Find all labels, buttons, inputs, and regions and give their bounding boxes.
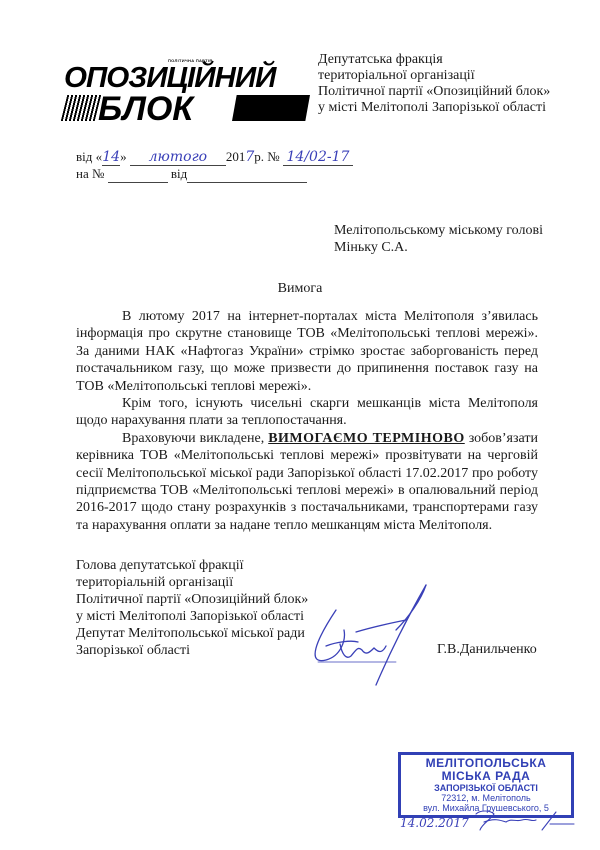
signer-title-line: у місті Мелітополі Запорізької області (76, 608, 308, 625)
org-line: територіальної організації (318, 68, 550, 84)
stamp-line: 72312, м. Мелітополь (402, 793, 570, 803)
year-digit: 7 (245, 149, 254, 165)
close-quote: » (120, 149, 127, 164)
org-line: у місті Мелітополі Запорізької області (318, 100, 550, 116)
stamp-line: ЗАПОРІЗЬКОЇ ОБЛАСТІ (402, 783, 570, 793)
signer-title-line: Запорізької області (76, 642, 308, 659)
signer-title-line: територіальній організації (76, 574, 308, 591)
logo-stripes-icon (61, 95, 101, 121)
signer-name: Г.В.Данильченко (437, 642, 537, 658)
signer-title-line: Депутат Мелітопольської міської ради (76, 625, 308, 642)
month-value: лютого (130, 149, 226, 166)
received-initials-icon (470, 808, 580, 832)
recipient-line: Міньку С.А. (334, 239, 543, 256)
stamp-line: МІСЬКА РАДА (402, 770, 570, 783)
organization-header: Депутатська фракція територіальної орган… (318, 52, 550, 116)
number-label: р. № (254, 149, 279, 164)
day-value: 14 (102, 149, 120, 166)
document-body: В лютому 2017 на інтернет-порталах міста… (76, 308, 538, 534)
signature-block: Голова депутатської фракції територіальн… (76, 557, 308, 659)
handwritten-signature-icon (296, 580, 436, 690)
signer-title-line: Голова депутатської фракції (76, 557, 308, 574)
reference-label: на № (76, 166, 104, 181)
paragraph: Крім того, існують чисельні скарги мешка… (76, 395, 538, 430)
logo-bar-icon (232, 95, 310, 121)
party-logo: ПОЛІТИЧНА ПАРТІЯ ОПОЗИЦІЙНИЙ БЛОК (64, 58, 312, 124)
document-number: 14/02-17 (283, 149, 353, 166)
recipient-line: Мелітопольському міському голові (334, 222, 543, 239)
logo-line-2: БЛОК (98, 90, 193, 129)
recipient: Мелітопольському міському голові Міньку … (334, 222, 543, 256)
reference-from-label: від (171, 166, 187, 181)
demand-emphasis: ВИМОГАЄМО ТЕРМІНОВО (268, 431, 465, 446)
received-date: 14.02.2017 (400, 816, 469, 830)
signer-title-line: Політичної партії «Опозиційний блок» (76, 591, 308, 608)
org-line: Політичної партії «Опозиційний блок» (318, 84, 550, 100)
from-label: від « (76, 149, 102, 164)
year-prefix: 201 (226, 149, 246, 164)
org-line: Депутатська фракція (318, 52, 550, 68)
paragraph: В лютому 2017 на інтернет-порталах міста… (76, 308, 538, 395)
document-title: Вимога (0, 281, 600, 297)
date-line: від «14» лютого2017р. № 14/02-17 на № ві… (76, 149, 353, 183)
paragraph: Враховуючи викладене, ВИМОГАЄМО ТЕРМІНОВ… (76, 430, 538, 534)
